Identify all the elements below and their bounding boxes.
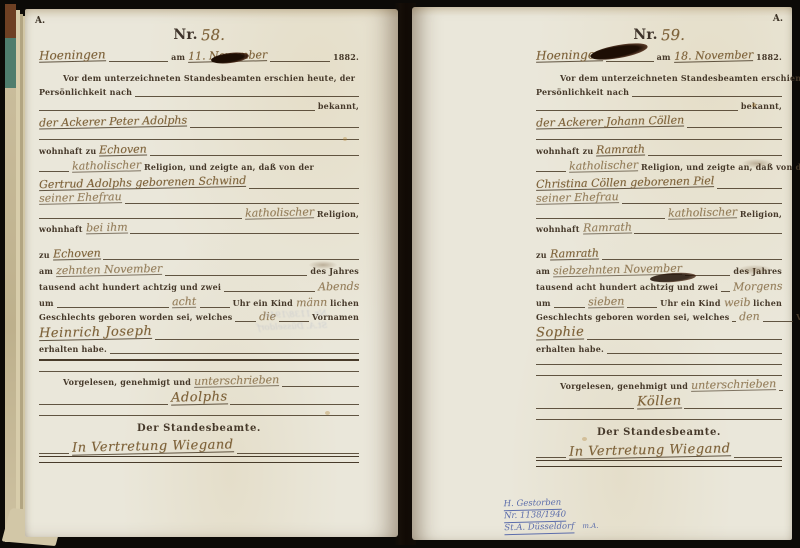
am-label: am — [536, 267, 550, 276]
uhr-kind-label: Uhr ein Kind — [660, 299, 720, 308]
bekannt-label: bekannt, — [741, 102, 782, 111]
rule-line — [602, 259, 782, 260]
rule-line — [721, 291, 729, 292]
ink-smudge — [742, 159, 772, 168]
birth-place-row: zu Ramrath — [536, 245, 782, 260]
year-words: tausend acht hundert achtzig und zwei — [39, 283, 221, 292]
record-number: 59. — [661, 28, 685, 43]
birth-place: Echoven — [53, 248, 101, 261]
rule-line — [536, 364, 782, 365]
rule-line — [249, 188, 359, 189]
intro-row: Vor dem unterzeichneten Standesbeamten e… — [536, 71, 782, 83]
identity-row: Persönlichkeit nach — [536, 84, 782, 97]
party-signature: Adolphs — [171, 390, 228, 405]
rule-line — [536, 171, 566, 172]
party-signature: Köllen — [637, 395, 682, 410]
rule-line — [282, 386, 359, 387]
vorgelesen-label: Vorgelesen, genehmigt und — [39, 378, 191, 387]
rule-line — [235, 321, 255, 322]
residence-row: wohnhaft zu Ramrath — [536, 141, 782, 156]
rule-line — [554, 307, 585, 308]
vornamen-label: Vornamen — [796, 313, 800, 322]
mother-residence: Ramrath — [582, 221, 631, 234]
vornamen-artikel: den — [739, 311, 760, 322]
child-name-row: Sophie — [536, 323, 782, 340]
rule-line — [39, 415, 359, 416]
rule-line — [587, 339, 782, 340]
erhalten-label: erhalten habe. — [39, 345, 107, 354]
standesbeamte-row: Der Standesbeamte. — [536, 425, 782, 439]
ghost-line: St.A. Düsseldorf — [257, 320, 327, 334]
bekannt-label: bekannt, — [318, 102, 359, 111]
declarant-name: der Ackerer Johann Cöllen — [536, 114, 684, 129]
rule-line — [125, 203, 359, 204]
registry-place: Hoeningen — [39, 48, 106, 62]
erhalten-row: erhalten habe. — [536, 341, 782, 354]
rule-line — [732, 321, 736, 322]
residence2-row: wohnhaft bei ihm — [39, 220, 359, 234]
bottom-double-rule-row — [39, 455, 359, 463]
book-fore-edge — [5, 4, 16, 542]
day-part: Abends — [318, 281, 360, 293]
religion-row: katholischer Religion, und zeigte an, da… — [39, 157, 359, 172]
religion-anzeige-label: Religion, und zeigte an, daß von der — [641, 163, 800, 172]
religion-anzeige-label: Religion, und zeigte an, daß von der — [144, 163, 314, 172]
vorgelesen-label: Vorgelesen, genehmigt und — [536, 382, 688, 391]
nr-label: Nr. — [633, 28, 657, 43]
left-page-record-58: A. Nr. 58. Hoeningen am 11. November 188… — [25, 9, 398, 537]
thick-rule — [39, 359, 359, 361]
officer-signature-row: In Vertretung Wiegand — [536, 440, 782, 458]
wohnhaft-label: wohnhaft — [39, 225, 83, 234]
rule-line — [536, 110, 738, 111]
double-rule — [39, 456, 359, 463]
rule-line — [734, 457, 782, 458]
rule-line — [536, 419, 782, 420]
religion-label: Religion, — [740, 210, 782, 219]
religion2-row: katholischer Religion, — [536, 205, 782, 219]
wohnhaft-label: wohnhaft — [536, 225, 580, 234]
declarant-religion: katholischer — [72, 159, 141, 172]
rule-line — [634, 233, 782, 234]
ink-smudge — [738, 265, 772, 275]
mother-name: Gertrud Adolphs geborenen Schwind — [39, 175, 246, 191]
uhr-kind-label: Uhr ein Kind — [233, 299, 293, 308]
geschlechts-label: Geschlechts geboren worden sei, welches — [536, 313, 729, 322]
ehefrau-row: seiner Ehefrau — [39, 190, 359, 204]
rule-line — [190, 127, 359, 128]
rule-line — [536, 408, 634, 409]
rule-line — [779, 390, 783, 391]
birth-hour: sieben — [588, 296, 625, 309]
persoenlichkeit-label: Persönlichkeit nach — [39, 88, 132, 97]
rule-line — [606, 61, 654, 62]
rule-line — [648, 155, 782, 156]
rule-line — [622, 203, 782, 204]
rule-line — [224, 291, 315, 292]
rule-line — [57, 307, 170, 308]
rule-line — [763, 321, 793, 322]
standesbeamte-label: Der Standesbeamte. — [597, 428, 721, 439]
blank-rule-row — [39, 362, 359, 372]
right-form: Nr. 59. Hoeningen am 18. November 1882. … — [536, 23, 782, 468]
birth-place-row: zu Echoven — [39, 245, 359, 260]
intro-text: Vor dem unterzeichneten Standesbeamten e… — [39, 74, 355, 83]
right-page-record-59: A. Nr. 59. Hoeningen am 18. November 188… — [412, 7, 792, 540]
geschlechts-label: Geschlechts geboren worden sei, welches — [39, 313, 232, 322]
rule-line — [39, 404, 168, 405]
annotation-line3: St.A. Düsseldorfm.A. — [504, 520, 598, 534]
blank-rule-row — [536, 410, 782, 420]
rule-line — [536, 139, 782, 140]
blank-rule-row — [39, 129, 359, 140]
ehefrau-row: seiner Ehefrau — [536, 190, 782, 204]
registry-date: 18. November — [674, 49, 753, 63]
rule-line — [109, 61, 169, 62]
year-label: 1882. — [756, 53, 782, 62]
intro-text: Vor dem unterzeichneten Standesbeamten e… — [536, 74, 800, 83]
rule-line — [717, 188, 782, 189]
rule-line — [200, 307, 230, 308]
birth-hour: acht — [172, 296, 196, 309]
declarant-residence: Echoven — [99, 144, 147, 157]
rule-line — [536, 457, 566, 458]
identity-row: Persönlichkeit nach — [39, 84, 359, 97]
rule-line — [39, 171, 69, 172]
rule-line — [110, 353, 359, 354]
zu-label: zu — [39, 251, 50, 260]
rule-line — [155, 339, 359, 340]
wohnhaft-zu-label: wohnhaft zu — [39, 147, 96, 156]
ehefrau-text: seiner Ehefrau — [39, 191, 122, 205]
year-label: 1882. — [333, 53, 359, 62]
rule-line — [607, 353, 782, 354]
rule-line — [39, 218, 242, 219]
foxing-spot — [325, 411, 330, 415]
birth-hour-row: um acht Uhr ein Kind männ lichen — [39, 293, 359, 308]
annotation-initials: m.A. — [582, 522, 598, 530]
am-label: am — [39, 267, 53, 276]
rule-line — [684, 408, 782, 409]
declarant-residence: Ramrath — [596, 143, 645, 156]
religion-label: Religion, — [317, 210, 359, 219]
mother-religion: katholischer — [245, 206, 314, 219]
foxing-spot — [582, 437, 587, 441]
party-signature-row: Adolphs — [39, 388, 359, 405]
standesbeamte-row: Der Standesbeamte. — [39, 421, 359, 435]
am-label: am — [171, 53, 185, 62]
separator-row — [39, 355, 359, 361]
place-date-row: Hoeningen am 11. November 1882. — [39, 44, 359, 62]
vorgelesen-row: Vorgelesen, genehmigt und unterschrieben — [536, 377, 782, 391]
officer-signature-row: In Vertretung Wiegand — [39, 436, 359, 454]
am-label: am — [657, 53, 671, 62]
double-rule — [536, 460, 782, 467]
rule-line — [536, 218, 665, 219]
rule-line — [39, 453, 69, 454]
rule-line — [39, 371, 359, 372]
rule-line — [39, 110, 315, 111]
foxing-spot — [343, 137, 347, 141]
birth-year-row: tausend acht hundert achtzig und zwei Ab… — [39, 277, 359, 292]
child-gender: männ — [296, 297, 327, 309]
blank-rule-row — [536, 366, 782, 376]
mother-residence: bei ihm — [85, 222, 127, 235]
mother-row: Christina Cöllen geborenen Piel — [536, 173, 782, 189]
ink-smudge — [309, 261, 337, 269]
mother-name: Christina Cöllen geborenen Piel — [536, 175, 714, 191]
vorgelesen-row: Vorgelesen, genehmigt und unterschrieben — [39, 373, 359, 387]
birth-place: Ramrath — [550, 247, 599, 260]
record-number-row: Nr. 59. — [536, 23, 782, 43]
rule-line — [237, 453, 359, 454]
wohnhaft-zu-label: wohnhaft zu — [536, 147, 593, 156]
unterschrieben-text: unterschrieben — [194, 374, 279, 388]
nr-label: Nr. — [173, 28, 197, 43]
rule-line — [687, 127, 782, 128]
mother-religion: katholischer — [668, 206, 737, 219]
rule-line — [536, 375, 782, 376]
blank-rule-row — [536, 129, 782, 140]
mother-row: Gertrud Adolphs geborenen Schwind — [39, 173, 359, 189]
child-name: Sophie — [536, 325, 585, 340]
foxing-spot — [752, 103, 756, 107]
bottom-double-rule-row — [536, 459, 782, 467]
zu-label: zu — [536, 251, 547, 260]
rule-line — [165, 275, 307, 276]
residence2-row: wohnhaft Ramrath — [536, 220, 782, 234]
lichen-label: lichen — [753, 299, 782, 308]
child-gender: weib — [724, 297, 751, 309]
archival-annotation: H. Gestorben Nr. 1138/1940 St.A. Düsseld… — [504, 496, 599, 534]
unterschrieben-text: unterschrieben — [691, 378, 776, 392]
birth-day: zehnten November — [56, 263, 162, 277]
place-date-row: Hoeningen am 18. November 1882. — [536, 44, 782, 62]
rule-line — [39, 139, 359, 140]
rule-line — [135, 96, 359, 97]
declarant-name: der Ackerer Peter Adolphs — [39, 114, 187, 129]
record-number-row: Nr. 58. — [39, 23, 359, 43]
declarant-row: der Ackerer Johann Cöllen — [536, 112, 782, 128]
bekannt-row: bekannt, — [536, 98, 782, 111]
religion2-row: katholischer Religion, — [39, 205, 359, 219]
persoenlichkeit-label: Persönlichkeit nach — [536, 88, 629, 97]
year-words: tausend acht hundert achtzig und zwei — [536, 283, 718, 292]
party-signature-row: Köllen — [536, 392, 782, 409]
day-part: Morgens — [732, 280, 782, 292]
rule-line — [103, 259, 359, 260]
officer-signature: In Vertretung Wiegand — [72, 438, 234, 455]
um-label: um — [536, 299, 551, 308]
rule-line — [627, 307, 657, 308]
child-name: Heinrich Joseph — [39, 325, 153, 341]
left-form: Nr. 58. Hoeningen am 11. November 1882. … — [39, 23, 359, 464]
geschlechts-row: Geschlechts geboren worden sei, welches … — [536, 309, 782, 322]
officer-signature: In Vertretung Wiegand — [569, 442, 731, 459]
rule-line — [270, 61, 330, 62]
rule-line — [130, 233, 359, 234]
rule-line — [150, 155, 359, 156]
standesbeamte-label: Der Standesbeamte. — [137, 424, 261, 435]
erhalten-label: erhalten habe. — [536, 345, 604, 354]
rule-line — [230, 404, 359, 405]
declarant-religion: katholischer — [569, 159, 638, 172]
lichen-label: lichen — [330, 299, 359, 308]
intro-row: Vor dem unterzeichneten Standesbeamten e… — [39, 71, 359, 83]
ehefrau-text: seiner Ehefrau — [536, 191, 619, 205]
record-number: 58. — [201, 28, 225, 43]
ink-transfer-ghost: Nr. 1138/1940 St.A. Düsseldorf — [257, 308, 328, 334]
um-label: um — [39, 299, 54, 308]
bekannt-row: bekannt, — [39, 98, 359, 111]
blank-rule-row — [39, 406, 359, 416]
declarant-row: der Ackerer Peter Adolphs — [39, 112, 359, 128]
erhalten-row: erhalten habe. — [39, 341, 359, 354]
blank-rule-row — [536, 355, 782, 365]
register-book-photo: A. Nr. 58. Hoeningen am 11. November 188… — [0, 0, 800, 548]
birth-hour-row: um sieben Uhr ein Kind weib lichen — [536, 293, 782, 308]
residence-row: wohnhaft zu Echoven — [39, 141, 359, 156]
rule-line — [632, 96, 782, 97]
